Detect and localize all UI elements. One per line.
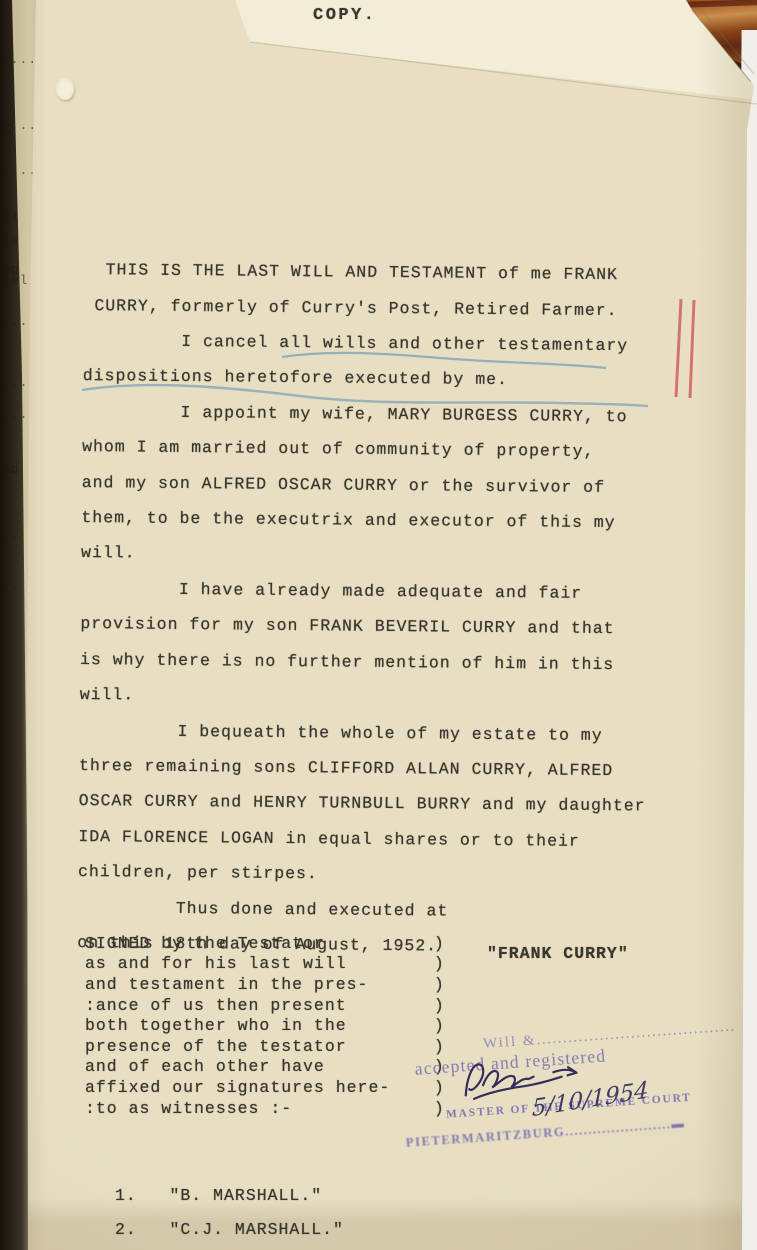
will-text-line: and my son ALFRED OSCAR CURRY or the sur… xyxy=(82,465,649,506)
attestation-line: SIGNED by the Testator ) xyxy=(85,934,445,955)
will-body-text: THIS IS THE LAST WILL AND TESTAMENT of m… xyxy=(77,146,652,966)
paper-blemish xyxy=(56,78,74,100)
will-text-line: is why there is no further mention of hi… xyxy=(80,642,647,683)
stamp-will-line: Will &..................................… xyxy=(483,1018,737,1053)
attestation-line: and testament in the pres- ) xyxy=(85,975,445,996)
will-text-line: whom I am married out of community of pr… xyxy=(82,429,649,470)
will-text-line: three remaining sons CLIFFORD ALLAN CURR… xyxy=(79,748,646,789)
will-text-line: them, to be the executrix and executor o… xyxy=(81,500,648,541)
will-text-line: will. xyxy=(80,677,647,718)
attestation-line: and of each other have ) xyxy=(85,1057,445,1078)
will-text-line: OSCAR CURRY and HENRY TURNBULL BURRY and… xyxy=(79,783,646,824)
dotted-leader: ....................... xyxy=(565,1117,672,1138)
attestation-line: presence of the testator ) xyxy=(85,1037,445,1058)
stamp-city-line: PIETERMARITZBURG.......................▬ xyxy=(405,1116,686,1151)
will-text-line: I bequeath the whole of my estate to my xyxy=(79,712,646,753)
witness-signatures: 1. "B. MARSHALL."2. "C.J. MARSHALL." xyxy=(115,1079,344,1246)
will-text-line: I have already made adequate and fair xyxy=(81,571,648,612)
stamp-end-mark: ▬ xyxy=(671,1116,686,1131)
attestation-line: as and for his last will ) xyxy=(85,954,445,975)
witness-line: 1. "B. MARSHALL." xyxy=(115,1179,344,1212)
will-page: COPY. THIS IS THE LAST WILL AND TESTAMEN… xyxy=(0,0,757,1250)
attestation-line: both together who in the ) xyxy=(85,1016,445,1037)
will-text-line: I appoint my wife, MARY BURGESS CURRY, t… xyxy=(82,394,649,435)
will-text-line: dispositions heretofore executed by me. xyxy=(83,358,650,399)
will-text-line: will. xyxy=(81,535,648,576)
witness-line: 2. "C.J. MARSHALL." xyxy=(115,1213,344,1246)
registration-stamp: Will &..................................… xyxy=(398,1005,757,1169)
will-text-line: THIS IS THE LAST WILL AND TESTAMENT of m… xyxy=(84,252,651,293)
page-bottom-shadow xyxy=(0,1198,757,1250)
testator-signature: "FRANK CURRY" xyxy=(487,944,629,963)
page-title: COPY. xyxy=(313,6,377,25)
attestation-line: :ance of us then present ) xyxy=(85,996,445,1017)
will-text-line: provision for my son FRANK BEVERIL CURRY… xyxy=(80,606,647,647)
photographed-will-document: ........ ..... ..... ll P le ng eel ... … xyxy=(0,0,757,1250)
will-text-line: I cancel all wills and other testamentar… xyxy=(83,323,650,364)
dotted-leader: ...................................... xyxy=(536,1018,736,1048)
will-text-line: CURRY, formerly of Curry's Post, Retired… xyxy=(83,288,650,329)
will-text-line: IDA FLORENCE LOGAN in equal shares or to… xyxy=(78,819,645,860)
